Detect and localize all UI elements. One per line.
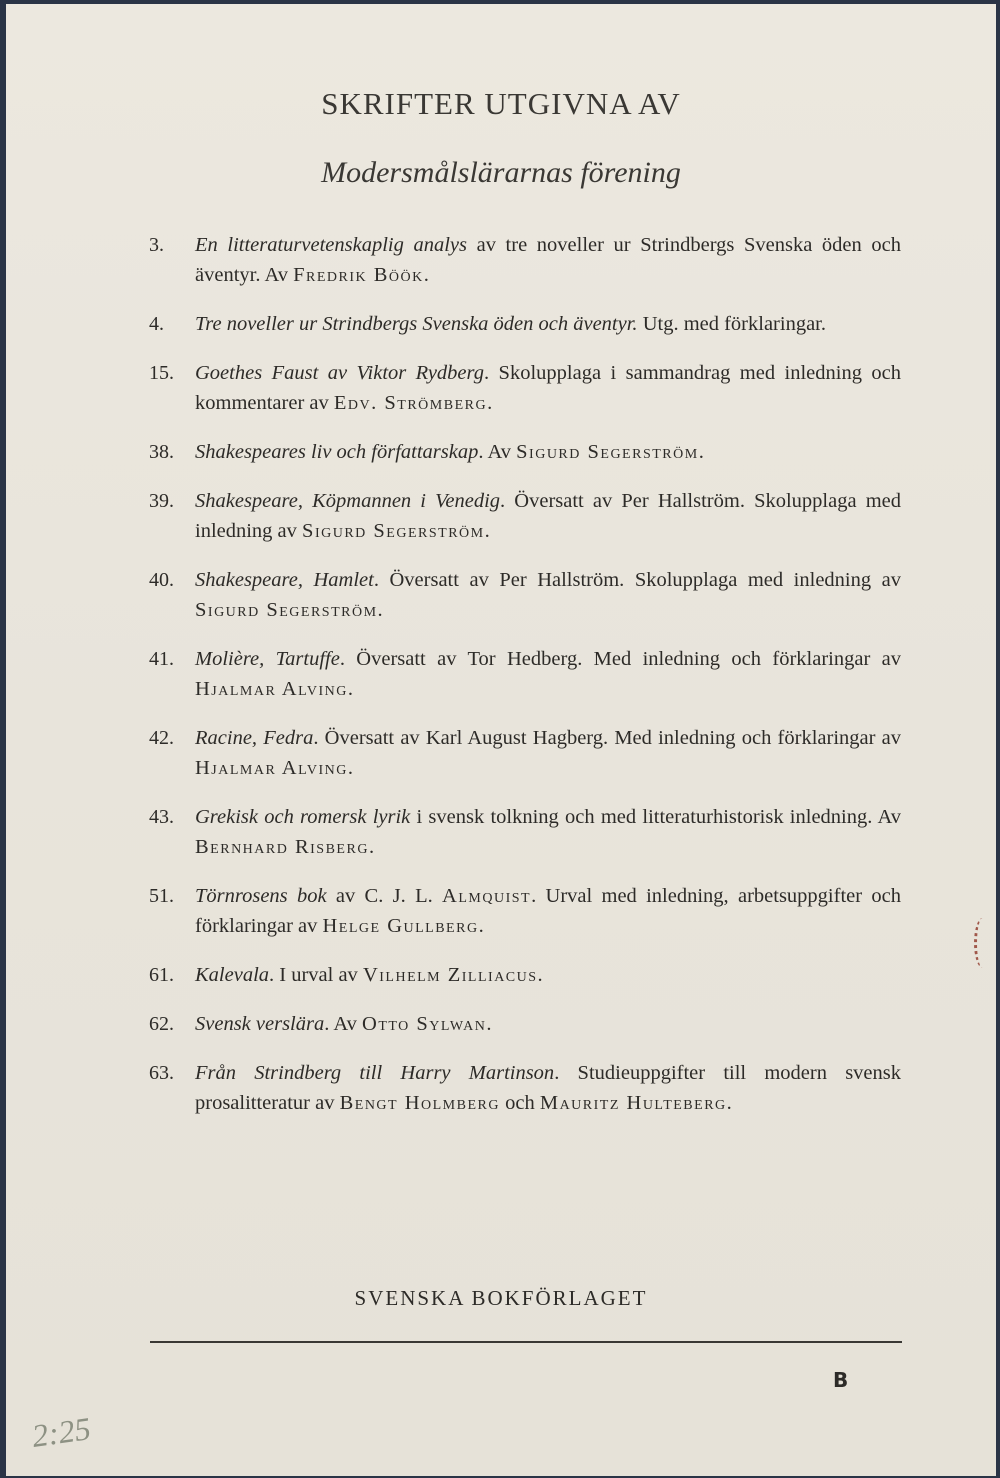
entry-text: Från Strindberg till Harry Martinson. St… bbox=[195, 1058, 901, 1118]
entry-number: 61. bbox=[149, 960, 195, 990]
page-subtitle: Modersmålslärarnas förening bbox=[6, 156, 996, 190]
divider-rule bbox=[150, 1341, 902, 1343]
list-item: 43.Grekisk och romersk lyrik i svensk to… bbox=[149, 802, 901, 862]
stain-mark bbox=[974, 918, 991, 968]
entry-text: Racine, Fedra. Översatt av Karl August H… bbox=[195, 723, 901, 783]
entry-number: 41. bbox=[149, 644, 195, 704]
list-item: 41.Molière, Tartuffe. Översatt av Tor He… bbox=[149, 644, 901, 704]
entry-text: Svensk verslära. Av Otto Sylwan. bbox=[195, 1009, 901, 1039]
list-item: 38.Shakespeares liv och författarskap. A… bbox=[149, 437, 901, 467]
entry-number: 38. bbox=[149, 437, 195, 467]
entry-number: 42. bbox=[149, 723, 195, 783]
list-item: 15.Goethes Faust av Viktor Rydberg. Skol… bbox=[149, 358, 901, 418]
entry-text: Shakespeares liv och författarskap. Av S… bbox=[195, 437, 901, 467]
entry-text: Molière, Tartuffe. Översatt av Tor Hedbe… bbox=[195, 644, 901, 704]
page-title: SKRIFTER UTGIVNA AV bbox=[6, 86, 996, 122]
entry-text: Tre noveller ur Strindbergs Svenska öden… bbox=[195, 309, 901, 339]
entry-number: 15. bbox=[149, 358, 195, 418]
list-item: 63.Från Strindberg till Harry Martinson.… bbox=[149, 1058, 901, 1118]
entry-text: Shakespeare, Hamlet. Översatt av Per Hal… bbox=[195, 565, 901, 625]
list-item: 3.En litteraturvetenskaplig analys av tr… bbox=[149, 230, 901, 290]
publication-list: 3.En litteraturvetenskaplig analys av tr… bbox=[149, 230, 901, 1137]
list-item: 42.Racine, Fedra. Översatt av Karl Augus… bbox=[149, 723, 901, 783]
signature-mark: B bbox=[833, 1368, 848, 1392]
list-item: 39.Shakespeare, Köpmannen i Venedig. Öve… bbox=[149, 486, 901, 546]
entry-text: En litteraturvetenskaplig analys av tre … bbox=[195, 230, 901, 290]
pencil-price-note: 2:25 bbox=[30, 1410, 93, 1455]
entry-number: 4. bbox=[149, 309, 195, 339]
entry-text: Shakespeare, Köpmannen i Venedig. Översa… bbox=[195, 486, 901, 546]
entry-text: Kalevala. I urval av Vilhelm Zilliacus. bbox=[195, 960, 901, 990]
list-item: 62.Svensk verslära. Av Otto Sylwan. bbox=[149, 1009, 901, 1039]
entry-text: Goethes Faust av Viktor Rydberg. Skolupp… bbox=[195, 358, 901, 418]
list-item: 51.Törnrosens bok av C. J. L. Almquist. … bbox=[149, 881, 901, 941]
entry-number: 51. bbox=[149, 881, 195, 941]
list-item: 61.Kalevala. I urval av Vilhelm Zilliacu… bbox=[149, 960, 901, 990]
list-item: 40.Shakespeare, Hamlet. Översatt av Per … bbox=[149, 565, 901, 625]
entry-number: 43. bbox=[149, 802, 195, 862]
entry-number: 39. bbox=[149, 486, 195, 546]
entry-number: 3. bbox=[149, 230, 195, 290]
entry-number: 63. bbox=[149, 1058, 195, 1118]
entry-number: 62. bbox=[149, 1009, 195, 1039]
list-item: 4.Tre noveller ur Strindbergs Svenska öd… bbox=[149, 309, 901, 339]
entry-text: Grekisk och romersk lyrik i svensk tolkn… bbox=[195, 802, 901, 862]
publisher-name: SVENSKA BOKFÖRLAGET bbox=[6, 1286, 996, 1311]
entry-text: Törnrosens bok av C. J. L. Almquist. Urv… bbox=[195, 881, 901, 941]
entry-number: 40. bbox=[149, 565, 195, 625]
book-back-cover: SKRIFTER UTGIVNA AV Modersmålslärarnas f… bbox=[6, 4, 996, 1476]
